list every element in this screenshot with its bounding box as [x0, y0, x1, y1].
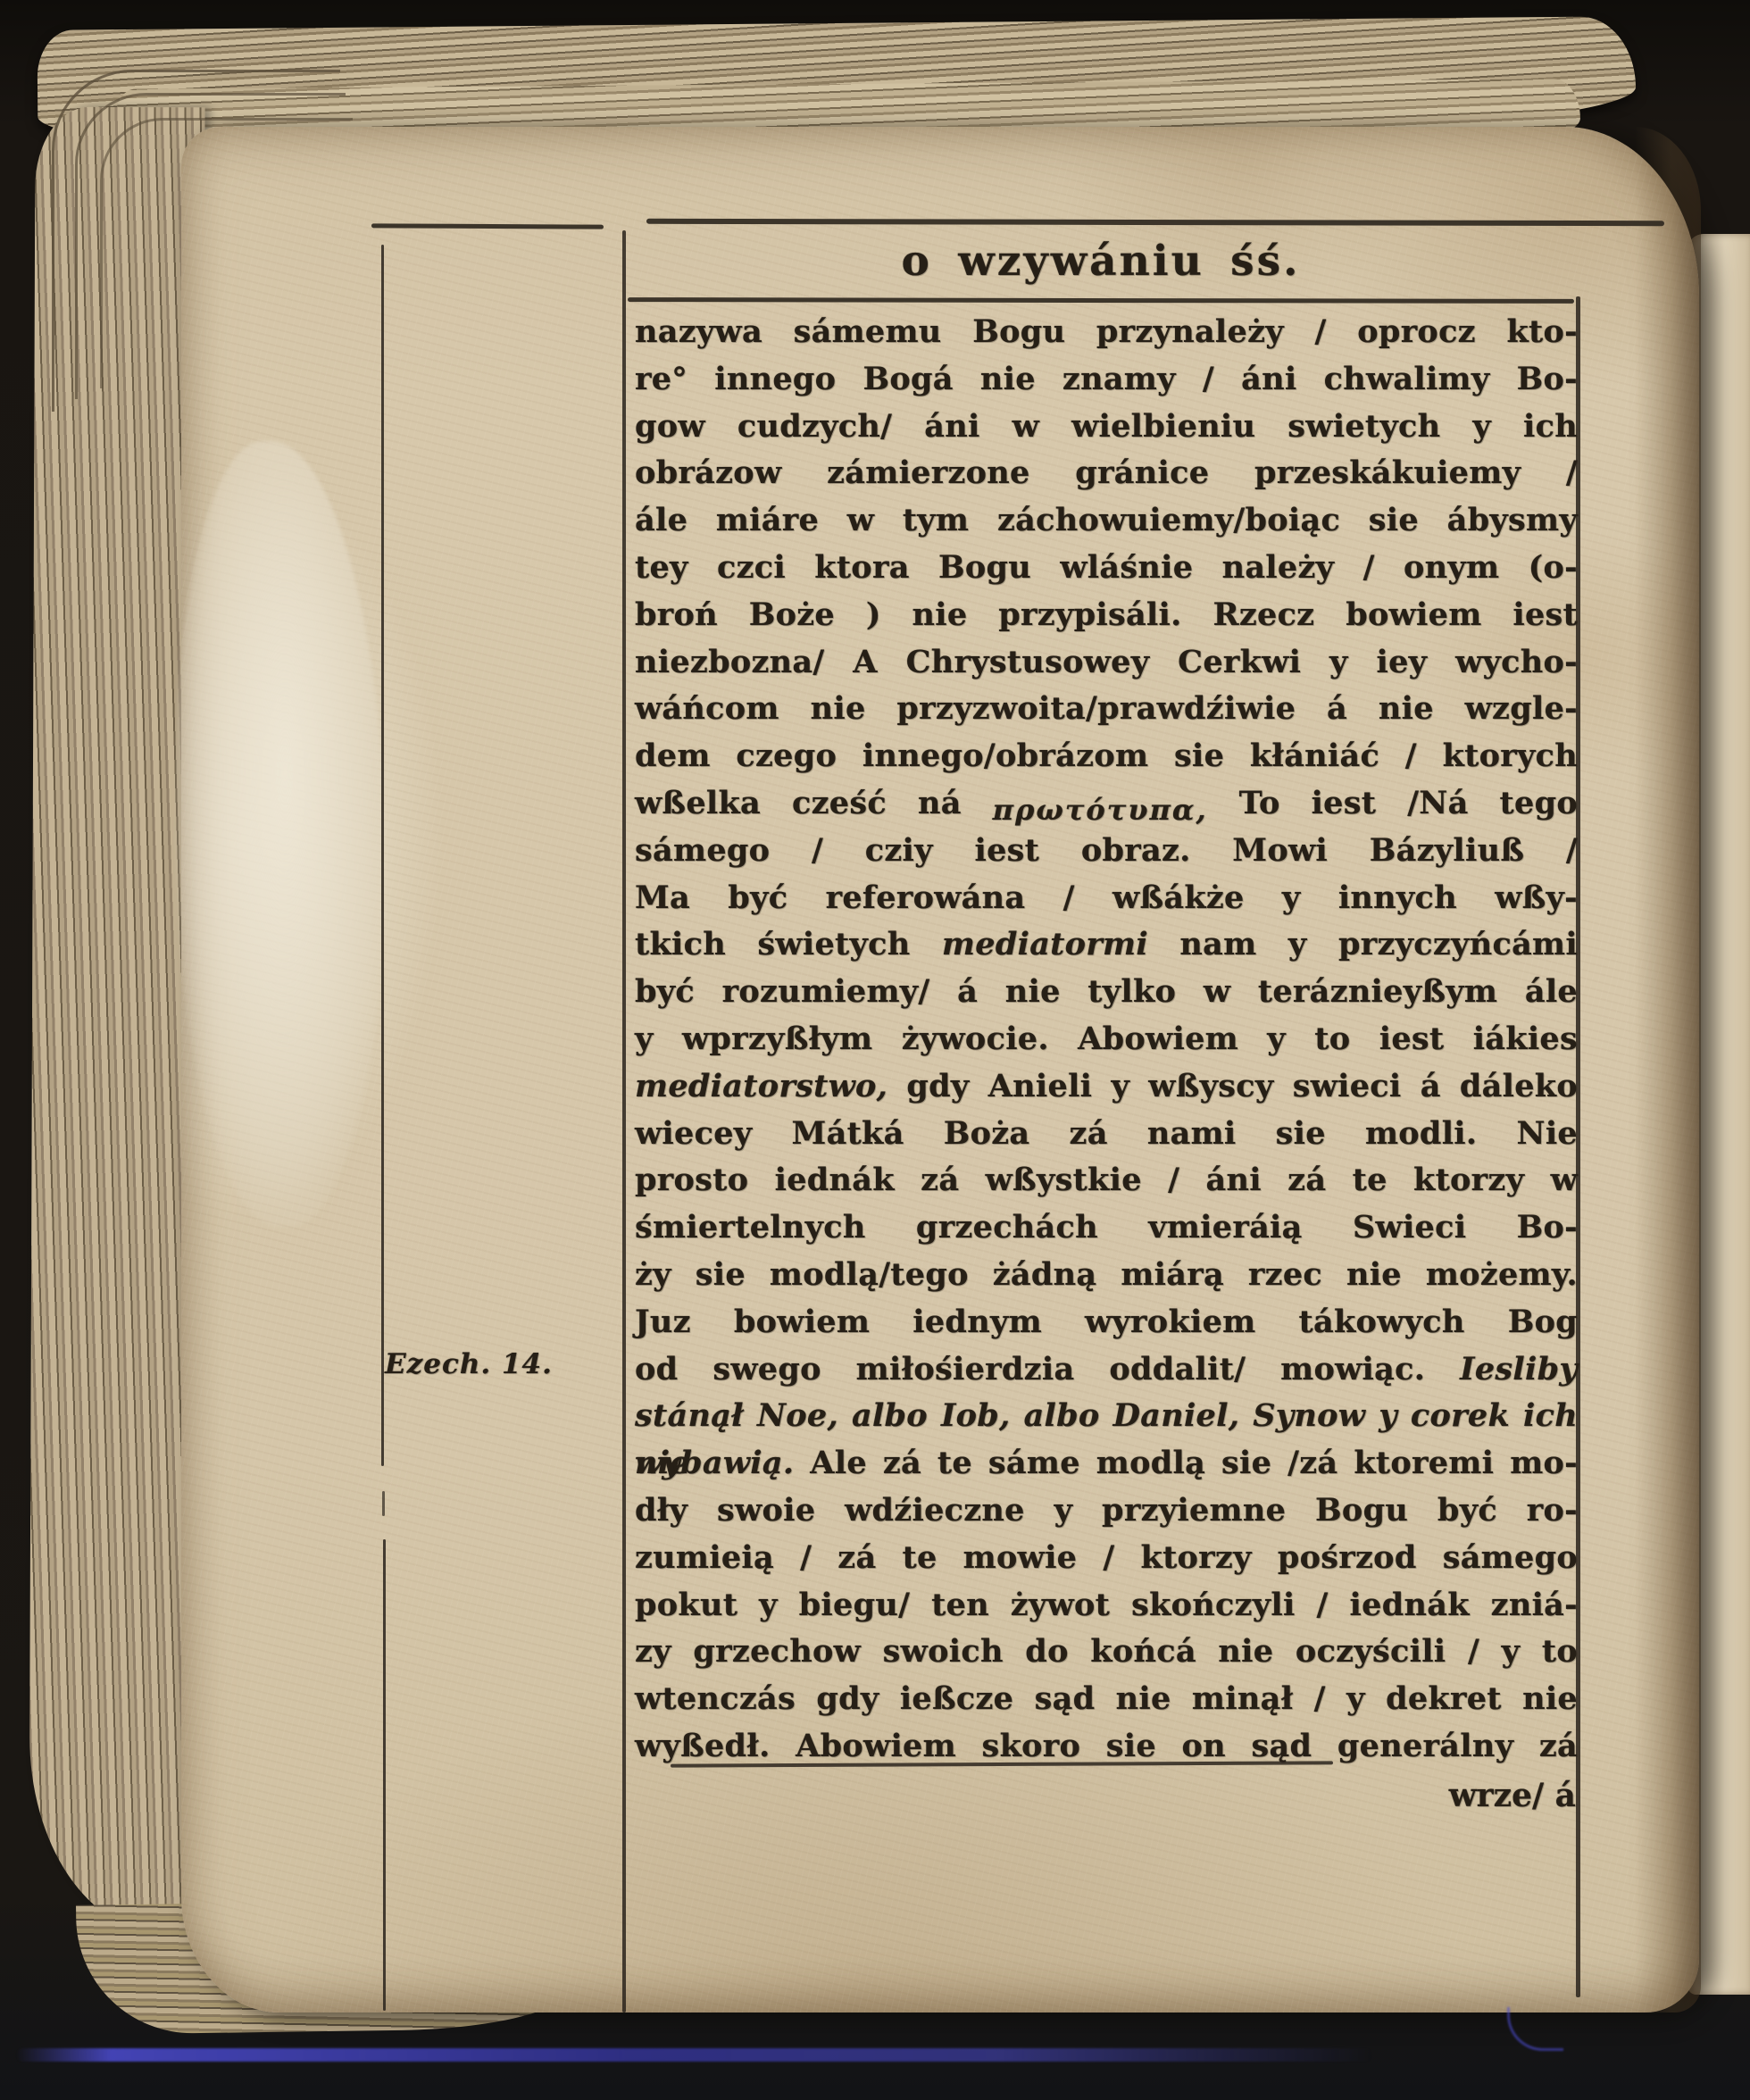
text-line: prosto iednák zá wßystkie / áni zá te kt… — [635, 1157, 1578, 1204]
text-line: re° innego Bogá nie znamy / áni chwalimy… — [635, 356, 1578, 404]
text-line: stánął Noe, albo Iob, albo Daniel, Synow… — [635, 1393, 1578, 1440]
text-line: wáńcom nie przyzwoita/prawdźiwie á nie w… — [635, 686, 1578, 733]
text-line: nazywa sámemu Bogu przynależy / oprocz k… — [635, 309, 1578, 356]
frame-rule-margin-vertical — [382, 1491, 385, 1516]
text-line: dły swoie wdźieczne y przyiemne Bogu być… — [635, 1487, 1578, 1535]
text-line: dem czego innego/obrázom sie kłániáć / k… — [635, 733, 1578, 780]
page-fold-crease — [1635, 127, 1701, 2012]
margin-note: Ezech. 14. — [385, 1348, 617, 1380]
text-block: nazywa sámemu Bogu przynależy / oprocz k… — [635, 309, 1578, 1771]
text-line: Juz bowiem iednym wyrokiem tákowych Bog — [635, 1299, 1578, 1346]
text-line: wßelka cześć ná πρωτότυπα, To iest /Ná t… — [635, 780, 1578, 828]
text-line: ále miáre w tym záchowuiemy/boiąc sie áb… — [635, 497, 1578, 545]
book-page: o wzywániu śś. nazywa sámemu Bogu przyna… — [181, 127, 1699, 2012]
book-scan: o wzywániu śś. nazywa sámemu Bogu przyna… — [0, 0, 1750, 2100]
text-line: wiecey Mátká Boża zá nami sie modli. Nie — [635, 1111, 1578, 1158]
text-line: być rozumiemy/ á nie tylko w teráznieyßy… — [635, 969, 1578, 1016]
text-line: tey czci ktora Bogu wláśnie należy / ony… — [635, 545, 1578, 592]
text-line: zumieią / zá te mowie / ktorzy pośrzod s… — [635, 1535, 1578, 1582]
text-line: pokut y biegu/ ten żywot skończyli / ied… — [635, 1582, 1578, 1629]
text-line: tkich świetych mediatormi nam y przyczyń… — [635, 921, 1578, 969]
text-line: ży sie modlą/tego żádną miárą rzec nie m… — [635, 1252, 1578, 1299]
text-line: śmiertelnych grzechách vmieráią Swieci B… — [635, 1204, 1578, 1252]
blue-edge-mark-small — [1507, 2007, 1563, 2051]
text-line: gow cudzych/ áni w wielbieniu swietych y… — [635, 404, 1578, 451]
frame-rule-column-vertical — [622, 230, 626, 2012]
text-line: y wprzyßłym żywocie. Abowiem y to iest i… — [635, 1016, 1578, 1063]
text-line: Ma być referowána / wßákże y innych wßy- — [635, 875, 1578, 922]
text-line: niezbozna/ A Chrystusowey Cerkwi y iey w… — [635, 639, 1578, 687]
text-line: wybawią. Ale zá te sáme modlą sie /zá kt… — [635, 1440, 1578, 1487]
text-line: zy grzechow swoich do końcá nie oczyścil… — [635, 1629, 1578, 1676]
text-line: broń Boże ) nie przypisáli. Rzecz bowiem… — [635, 592, 1578, 639]
text-line: obrázow zámierzone gránice przeskákuiemy… — [635, 450, 1578, 497]
catchword: wrze/ á — [1163, 1777, 1576, 1814]
frame-rule-margin-vertical — [383, 1539, 386, 2011]
text-line: mediatorstwo, gdy Anieli y wßyscy swieci… — [635, 1063, 1578, 1111]
running-title: o wzywániu śś. — [628, 227, 1574, 296]
text-line: wtenczás gdy ießcze sąd nie minął / y de… — [635, 1676, 1578, 1723]
frame-rule-margin-vertical — [381, 245, 384, 1466]
blue-edge-mark — [16, 2048, 1373, 2062]
text-line: sámego / cziy iest obraz. Mowi Bázyliuß … — [635, 828, 1578, 875]
text-line: od swego miłośierdzia oddalit/ mowiąc. I… — [635, 1346, 1578, 1394]
